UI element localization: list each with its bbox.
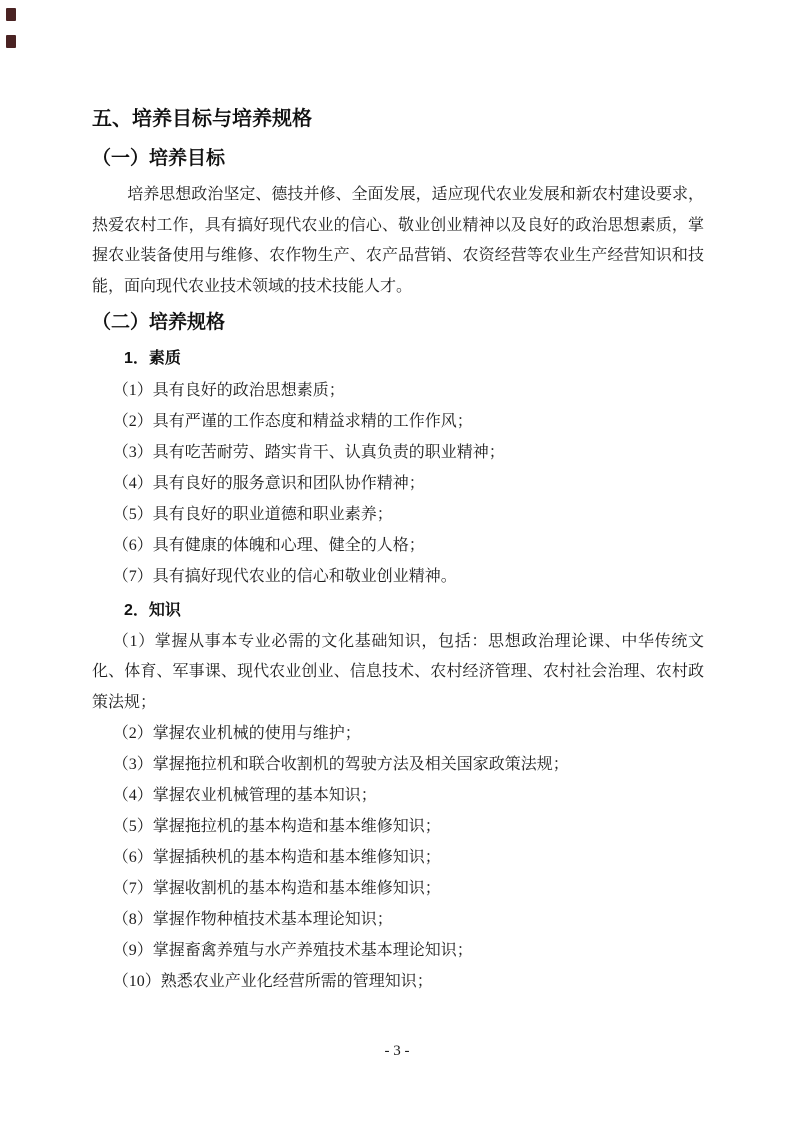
knowledge-item: （7）掌握收割机的基本构造和基本维修知识； (92, 873, 704, 904)
quality-item: （2）具有严谨的工作态度和精益求精的工作作风； (92, 406, 704, 437)
knowledge-item: （8）掌握作物种植技术基本理论知识； (92, 904, 704, 935)
knowledge-item: （3）掌握拖拉机和联合收割机的驾驶方法及相关国家政策法规； (92, 749, 704, 780)
corner-mark (6, 35, 16, 48)
document-page: 五、培养目标与培养规格 （一）培养目标 培养思想政治坚定、德技并修、全面发展，适… (0, 0, 794, 1123)
knowledge-item: （2）掌握农业机械的使用与维护； (92, 718, 704, 749)
document-content: 五、培养目标与培养规格 （一）培养目标 培养思想政治坚定、德技并修、全面发展，适… (92, 104, 704, 997)
section-heading-training-spec: （二）培养规格 (92, 308, 704, 338)
section-heading-training-goal: （一）培养目标 (92, 144, 704, 174)
quality-item: （1）具有良好的政治思想素质； (92, 375, 704, 406)
knowledge-item: （4）掌握农业机械管理的基本知识； (92, 780, 704, 811)
doc-title: 五、培养目标与培养规格 (92, 104, 704, 134)
quality-item: （7）具有搞好现代农业的信心和敬业创业精神。 (92, 561, 704, 592)
quality-item: （4）具有良好的服务意识和团队协作精神； (92, 468, 704, 499)
quality-item: （5）具有良好的职业道德和职业素养； (92, 499, 704, 530)
subsection-heading-quality: 1．素质 (92, 344, 704, 375)
knowledge-item: （6）掌握插秧机的基本构造和基本维修知识； (92, 842, 704, 873)
corner-mark (6, 8, 16, 21)
knowledge-item: （1）掌握从事本专业必需的文化基础知识，包括：思想政治理论课、中华传统文化、体育… (92, 627, 704, 719)
knowledge-item: （10）熟悉农业产业化经营所需的管理知识； (92, 966, 704, 997)
training-goal-paragraph: 培养思想政治坚定、德技并修、全面发展，适应现代农业发展和新农村建设要求，热爱农村… (92, 180, 704, 302)
page-number: - 3 - (0, 1041, 794, 1061)
quality-item: （6）具有健康的体魄和心理、健全的人格； (92, 530, 704, 561)
quality-item: （3）具有吃苦耐劳、踏实肯干、认真负责的职业精神； (92, 437, 704, 468)
knowledge-item: （5）掌握拖拉机的基本构造和基本维修知识； (92, 811, 704, 842)
knowledge-item: （9）掌握畜禽养殖与水产养殖技术基本理论知识； (92, 935, 704, 966)
subsection-heading-knowledge: 2．知识 (92, 596, 704, 627)
